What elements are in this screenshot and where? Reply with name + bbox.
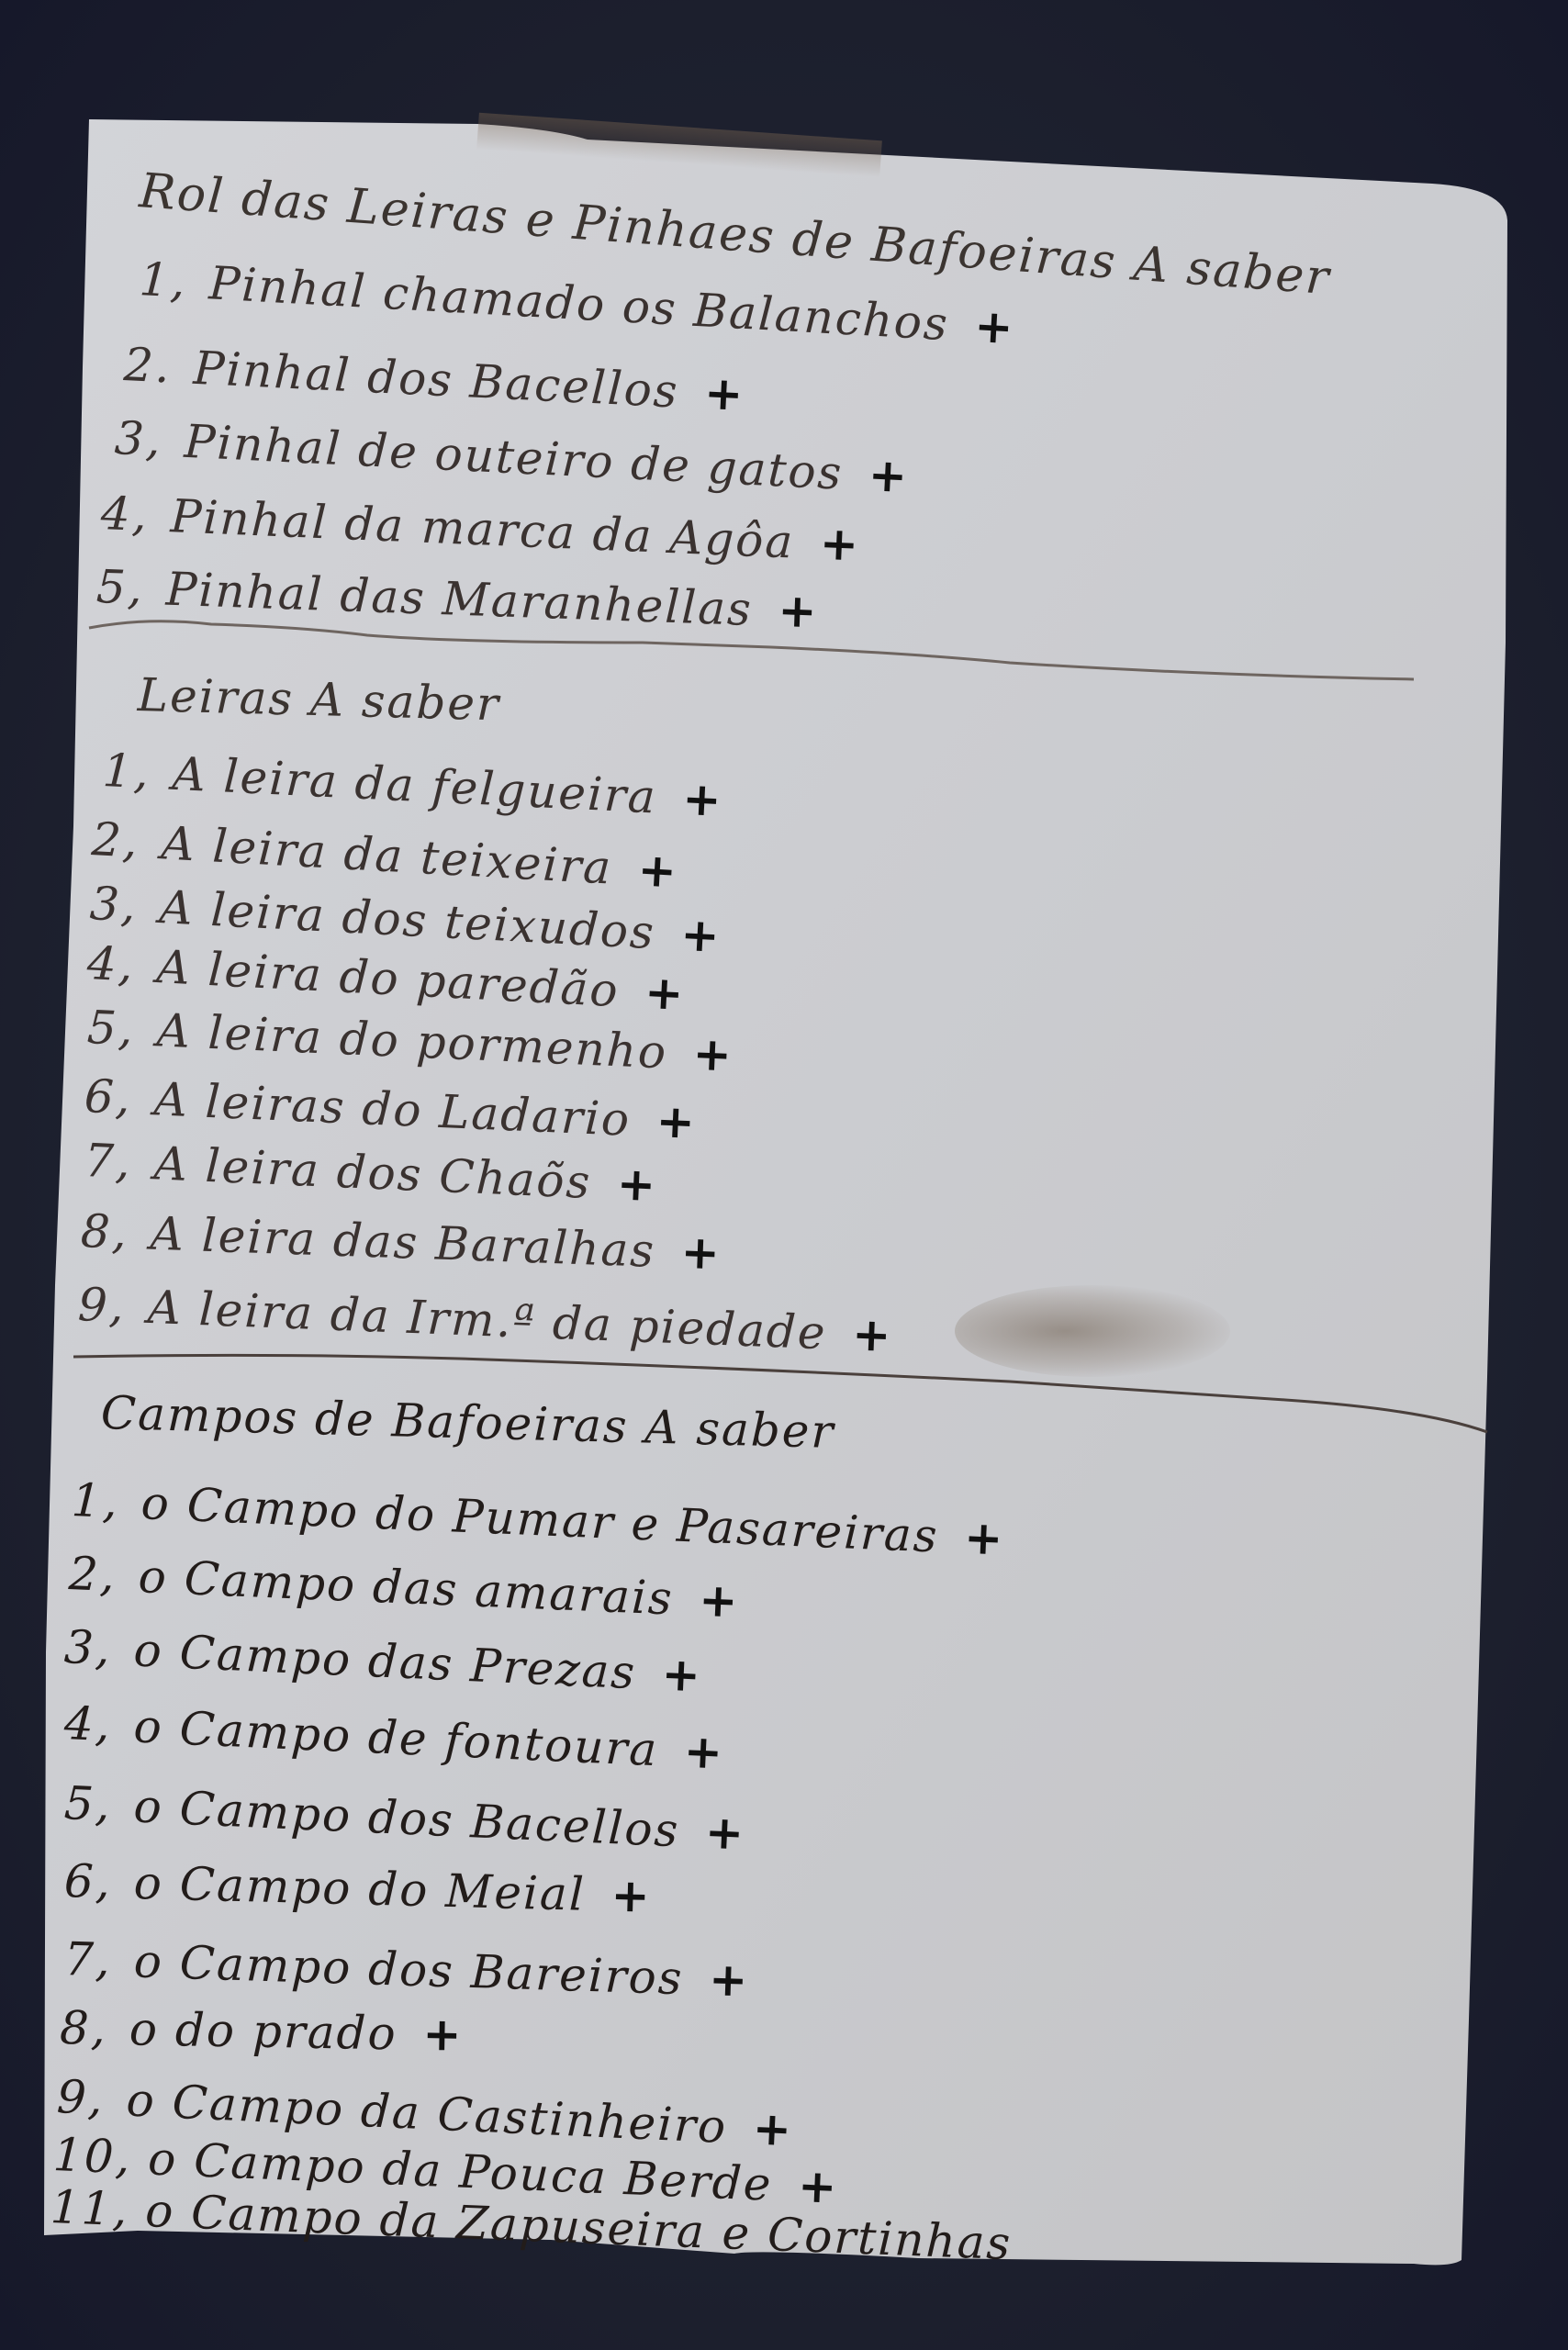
item-number: 7, [63, 1932, 118, 1987]
cross-mark-icon: + [422, 2008, 464, 2062]
cross-mark-icon: + [692, 1027, 734, 1082]
ink-stain [955, 1285, 1230, 1377]
cross-mark-icon: + [698, 1573, 740, 1628]
cross-mark-icon: + [851, 1307, 893, 1362]
cross-mark-icon: + [661, 1648, 703, 1703]
cross-mark-icon: + [868, 448, 911, 503]
item-number: 3, [63, 1620, 119, 1676]
item-number: 11, [50, 2180, 130, 2236]
item-number: 4, [63, 1696, 119, 1752]
item-number: 2. [123, 338, 179, 394]
section-heading-leiras: Leiras A saber [137, 668, 500, 731]
cross-mark-icon: + [778, 584, 820, 638]
cross-mark-icon: + [681, 772, 724, 827]
item-number: 9, [56, 2070, 112, 2126]
item-number: 4, [85, 936, 141, 992]
item-number: 6, [63, 1854, 118, 1908]
item-number: 8, [59, 2001, 113, 2055]
item-number: 5, [95, 560, 151, 615]
item-number: 9, [77, 1278, 132, 1333]
cross-mark-icon: + [703, 366, 746, 421]
cross-mark-icon: + [708, 1953, 750, 2007]
cross-mark-icon: + [973, 299, 1016, 354]
cross-mark-icon: + [679, 908, 722, 963]
item-number: 5, [63, 1776, 119, 1832]
cross-mark-icon: + [963, 1511, 1005, 1566]
cross-mark-icon: + [644, 966, 687, 1021]
cross-mark-icon: + [797, 2159, 839, 2214]
item-text: o do prado [129, 2002, 398, 2060]
item-number: 8, [80, 1204, 135, 1259]
cross-mark-icon: + [680, 1225, 722, 1280]
cross-mark-icon: + [752, 2101, 794, 2156]
list-item: 8, o do prado + [59, 2001, 463, 2062]
cross-mark-icon: + [683, 1725, 725, 1780]
item-number: 6, [84, 1069, 139, 1125]
item-number: 2, [90, 812, 146, 868]
cross-mark-icon: + [636, 843, 679, 898]
item-number: 1, [138, 252, 194, 308]
item-number: 7, [84, 1134, 139, 1189]
cross-mark-icon: + [610, 1869, 652, 1923]
item-number: 1, [71, 1473, 126, 1528]
cross-mark-icon: + [819, 517, 861, 572]
cross-mark-icon: + [655, 1094, 698, 1149]
cross-mark-icon: + [616, 1157, 658, 1212]
item-number: 1, [102, 744, 158, 800]
item-number: 2, [68, 1547, 123, 1602]
manuscript-sheet: Rol das Leiras e Pinhaes de Bafoeiras A … [0, 0, 1568, 2350]
item-number: 3, [88, 877, 144, 933]
item-number: 5, [86, 1001, 141, 1056]
item-number: 10, [52, 2128, 133, 2185]
item-number: 3, [114, 411, 170, 467]
item-number: 4, [100, 487, 155, 542]
cross-mark-icon: + [704, 1806, 746, 1861]
